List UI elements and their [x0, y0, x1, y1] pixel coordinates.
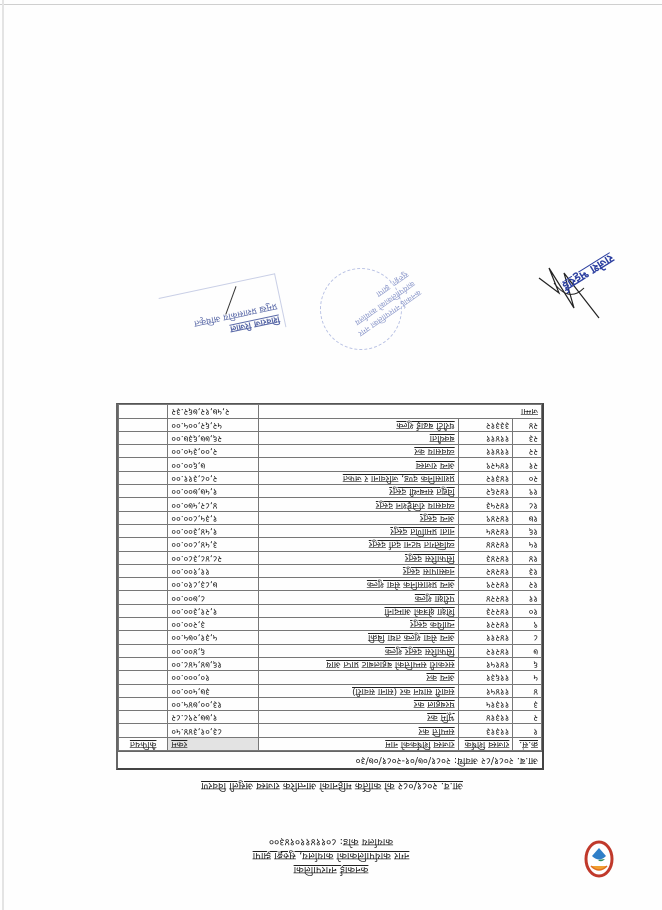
cell-name: बक्यौता	[258, 431, 458, 444]
cell-amount: २,०८,३११.००	[168, 471, 258, 484]
cell-name: घरबहाल कर	[258, 697, 458, 710]
organization-name: कनकाई नगरपालिका	[0, 862, 662, 876]
cell-sn: १४	[513, 551, 542, 564]
cell-remarks	[119, 511, 168, 524]
cell-name: अन्य प्रशासनिक सेवा शुल्क	[258, 578, 458, 591]
cell-name: अन्य सेवा शुल्क तथा बिक्री	[258, 631, 458, 644]
cell-name: भूमि कर	[258, 711, 458, 724]
revenue-table-container: आ.ब. २०८१/८२ अवधि: २०८१/०७/०१-२०८१/०७/३०…	[116, 403, 544, 770]
cell-sn: १०	[513, 604, 542, 617]
column-header-sn: क्र.सं.	[513, 737, 542, 750]
column-header-name: राजस्व शिर्षकको नाम	[258, 737, 458, 750]
total-label: जम्मा	[258, 405, 541, 418]
cell-name: सरकारी सम्पत्तिको बहालबाट प्राप्त आय	[258, 657, 458, 670]
cell-name: सवारी साधन कर (साना सवारी)	[258, 684, 458, 697]
table-row: ९१४२२१न्यायिक दस्तुर३,२००.००	[119, 618, 542, 631]
table-row: १५१४२४४व्यक्तिगत घटना दर्ता दस्तुर३,५४,८…	[119, 538, 542, 551]
cell-sn: २२	[513, 445, 542, 458]
cell-amount: १०,०००.००	[168, 671, 258, 684]
cell-name: न्यायिक दस्तुर	[258, 618, 458, 631]
report-period: आ.ब. २०८१/८२ अवधि: २०८१/०७/०१-२०८१/०७/३०	[118, 751, 542, 768]
cell-code: १४५२९	[458, 458, 513, 471]
cell-sn: ४	[513, 684, 542, 697]
cell-remarks	[119, 684, 168, 697]
cell-sn: १३	[513, 564, 542, 577]
cell-name: शिक्षा क्षेत्रको आम्दानी	[258, 604, 458, 617]
table-header-row: क्र.सं. राजस्व शिर्षक राजस्व शिर्षकको ना…	[119, 737, 542, 750]
table-row: ६१४१५१सरकारी सम्पत्तिको बहालबाट प्राप्त …	[119, 657, 542, 670]
cell-name: अन्य दस्तुर	[258, 511, 458, 524]
cell-code: ११४५१	[458, 684, 513, 697]
cell-name: व्यक्तिगत घटना दर्ता दस्तुर	[258, 538, 458, 551]
table-body: १११३१३सम्पत्ति कर८३,०१,३४४.५०२११३१४भूमि …	[119, 418, 542, 737]
table-row: ५११६३१अन्य कर१०,०००.००	[119, 671, 542, 684]
cell-sn: ६	[513, 657, 542, 670]
cell-sn: १७	[513, 511, 542, 524]
cell-name: अन्य राजस्व	[258, 458, 458, 471]
table-row: ८१४२११अन्य सेवा शुल्क तथा बिक्री५,३१,०७५…	[119, 631, 542, 644]
cell-code: १४३१२	[458, 471, 513, 484]
cell-amount: १,५७,७००.००	[168, 485, 258, 498]
cell-sn: ११	[513, 591, 542, 604]
cell-sn: २१	[513, 458, 542, 471]
scan-edge-line	[2, 0, 4, 910]
total-remarks	[119, 405, 168, 418]
cell-name: विद्युत सम्बन्धी दस्तुर	[258, 485, 458, 498]
cell-name: सिफारिस दस्तुर	[258, 551, 458, 564]
cell-remarks	[119, 498, 168, 511]
cell-code: १४२४९	[458, 511, 513, 524]
cell-sn: १८	[513, 498, 542, 511]
cell-name: सम्पत्ति कर	[258, 724, 458, 737]
cell-code: ११३१३	[458, 724, 513, 737]
cell-code: ११३१४	[458, 711, 513, 724]
column-header-code: राजस्व शिर्षक	[458, 737, 513, 750]
cell-code: १४२५३	[458, 498, 513, 511]
cell-remarks	[119, 724, 168, 737]
table-row: ३११३१५घरबहाल कर१३,००,७४५.००	[119, 697, 542, 710]
cell-amount: ५२,६२,००५.००	[168, 418, 258, 431]
table-row: १०१४२२३शिक्षा क्षेत्रको आम्दानी१,२१,३००.…	[119, 604, 542, 617]
cell-code: १४२४२	[458, 564, 513, 577]
cell-name: नक्सापास दस्तुर	[258, 564, 458, 577]
cell-amount: १,२१,३००.००	[168, 604, 258, 617]
table-row: ४११४५१सवारी साधन कर (साना सवारी)३७,५००.०…	[119, 684, 542, 697]
table-row: १४१४२४३सिफारिस दस्तुर२८,४८,३८०.००	[119, 551, 542, 564]
scanned-document-page: कनकाई नगरपालिका नगर कार्यपालिकाको कार्या…	[0, 0, 662, 910]
cell-sn: ८	[513, 631, 542, 644]
cell-name: व्यवसाय रजिष्ट्रेशन दस्तुर	[258, 498, 458, 511]
cell-amount: ७,६००.००	[168, 458, 258, 471]
table-row: २११४५२९अन्य राजस्व७,६००.००	[119, 458, 542, 471]
cell-code: १४२६२	[458, 485, 513, 498]
cell-amount: ५,३१,०७५.००	[168, 631, 258, 644]
cell-remarks	[119, 445, 168, 458]
cell-sn: १९	[513, 485, 542, 498]
cell-remarks	[119, 711, 168, 724]
cell-sn: ५	[513, 671, 542, 684]
cell-code: १४२११	[458, 631, 513, 644]
cell-amount: ६,४००.००	[168, 644, 258, 657]
cell-code: १४१५१	[458, 657, 513, 670]
table-row: २३११४११बक्यौता२६,७७,६३७.००	[119, 431, 542, 444]
column-header-amount: रकम	[168, 737, 258, 750]
table-row: १२१४२२९अन्य प्रशासनिक सेवा शुल्क७,८३,८१०…	[119, 578, 542, 591]
cell-remarks	[119, 697, 168, 710]
cell-code: ११४११	[458, 445, 513, 458]
office-code: कार्यालय कोड: ८०११४११०१४३००	[0, 834, 662, 848]
cell-name: प्रशासनिक दण्ड, जरिवाना र जफत	[258, 471, 458, 484]
cell-sn: १	[513, 724, 542, 737]
cell-code: १४२२९	[458, 578, 513, 591]
table-row: २२११४११व्यवसाय कर२,००,३५०.००	[119, 445, 542, 458]
cell-remarks	[119, 644, 168, 657]
cell-sn: २	[513, 711, 542, 724]
table-row: १११४२२४परीक्षा शुल्क८,७००.००	[119, 591, 542, 604]
cell-remarks	[119, 471, 168, 484]
document-header: कनकाई नगरपालिका नगर कार्यपालिकाको कार्या…	[0, 834, 662, 876]
cell-name: धरौटी बढाई शुल्क	[258, 418, 458, 431]
cell-sn: २३	[513, 431, 542, 444]
cell-amount: ८३,०१,३४४.५०	[168, 724, 258, 737]
cell-code: १४२२४	[458, 591, 513, 604]
report-title: आ.व. २०८१/०८२ को कार्तिक महिनाको आन्तरिक…	[102, 780, 562, 794]
cell-name: अन्य कर	[258, 671, 458, 684]
table-row: १९१४२६२विद्युत सम्बन्धी दस्तुर१,५७,७००.०…	[119, 485, 542, 498]
table-row: २११३१४भूमि कर१,७७,२९८.८२	[119, 711, 542, 724]
cell-sn: ९	[513, 618, 542, 631]
cell-name: सिफारिस दस्तुर शुल्क	[258, 644, 458, 657]
total-amount: २,५७,१२,७६२.३२	[168, 405, 258, 418]
cell-remarks	[119, 657, 168, 670]
cell-sn: १२	[513, 578, 542, 591]
table-row: १६१४२४५नाता प्रमाणित दस्तुर१,५४,३००.००	[119, 524, 542, 537]
cell-amount: १,३५,८००.००	[168, 511, 258, 524]
cell-amount: ३,२००.००	[168, 618, 258, 631]
table-row: २४३३३१२धरौटी बढाई शुल्क५२,६२,००५.००	[119, 418, 542, 431]
total-row: जम्मा २,५७,१२,७६२.३२	[119, 405, 542, 418]
cell-amount: १३,००,७४५.००	[168, 697, 258, 710]
cell-remarks	[119, 538, 168, 551]
cell-remarks	[119, 604, 168, 617]
cell-amount: २,००,३५०.००	[168, 445, 258, 458]
cell-remarks	[119, 578, 168, 591]
cell-amount: ३७,५००.००	[168, 684, 258, 697]
cell-remarks	[119, 551, 168, 564]
cell-remarks	[119, 631, 168, 644]
cell-code: १४२४४	[458, 538, 513, 551]
column-header-remarks: कैफियत	[119, 737, 168, 750]
cell-name: परीक्षा शुल्क	[258, 591, 458, 604]
cell-code: ३३३१२	[458, 418, 513, 431]
cell-amount: २६,७७,६३७.००	[168, 431, 258, 444]
cell-sn: २४	[513, 418, 542, 431]
scan-edge-line	[0, 4, 662, 5]
cell-code: १४२२३	[458, 604, 513, 617]
table-row: १११३१३सम्पत्ति कर८३,०१,३४४.५०	[119, 724, 542, 737]
cell-code: १४२४३	[458, 551, 513, 564]
table-row: २०१४३१२प्रशासनिक दण्ड, जरिवाना र जफत२,०८…	[119, 471, 542, 484]
cell-sn: ७	[513, 644, 542, 657]
cell-remarks	[119, 671, 168, 684]
cell-code: ११३१५	[458, 697, 513, 710]
table-row: ७१४२१२सिफारिस दस्तुर शुल्क६,४००.००	[119, 644, 542, 657]
cell-sn: १६	[513, 524, 542, 537]
cell-remarks	[119, 418, 168, 431]
cell-remarks	[119, 618, 168, 631]
cell-amount: १६,७४,५४८.००	[168, 657, 258, 670]
cell-remarks	[119, 458, 168, 471]
cell-sn: १५	[513, 538, 542, 551]
cell-code: ११६३१	[458, 671, 513, 684]
cell-amount: १,७७,२९८.८२	[168, 711, 258, 724]
cell-remarks	[119, 564, 168, 577]
cell-amount: ७,८३,८१०.००	[168, 578, 258, 591]
cell-amount: ८,७००.००	[168, 591, 258, 604]
table-row: १७१४२४९अन्य दस्तुर१,३५,८००.००	[119, 511, 542, 524]
cell-sn: २०	[513, 471, 542, 484]
table-row: १३१४२४२नक्सापास दस्तुर११,१००.००	[119, 564, 542, 577]
office-name: नगर कार्यपालिकाको कार्यालय, सुरुङ्गा झाप…	[0, 848, 662, 862]
table-row: १८१४२५३व्यवसाय रजिष्ट्रेशन दस्तुर४,८२,५७…	[119, 498, 542, 511]
cell-amount: १,५४,३००.००	[168, 524, 258, 537]
revenue-table: क्र.सं. राजस्व शिर्षक राजस्व शिर्षकको ना…	[118, 404, 542, 751]
cell-code: १४२२१	[458, 618, 513, 631]
cell-code: १४२४५	[458, 524, 513, 537]
cell-amount: ११,१००.००	[168, 564, 258, 577]
cell-code: १४२१२	[458, 644, 513, 657]
cell-remarks	[119, 591, 168, 604]
cell-name: व्यवसाय कर	[258, 445, 458, 458]
cell-code: ११४११	[458, 431, 513, 444]
cell-remarks	[119, 524, 168, 537]
cell-sn: ३	[513, 697, 542, 710]
cell-remarks	[119, 485, 168, 498]
cell-amount: ४,८२,५७०.००	[168, 498, 258, 511]
cell-amount: २८,४८,३८०.००	[168, 551, 258, 564]
cell-amount: ३,५४,८००.००	[168, 538, 258, 551]
cell-name: नाता प्रमाणित दस्तुर	[258, 524, 458, 537]
cell-remarks	[119, 431, 168, 444]
